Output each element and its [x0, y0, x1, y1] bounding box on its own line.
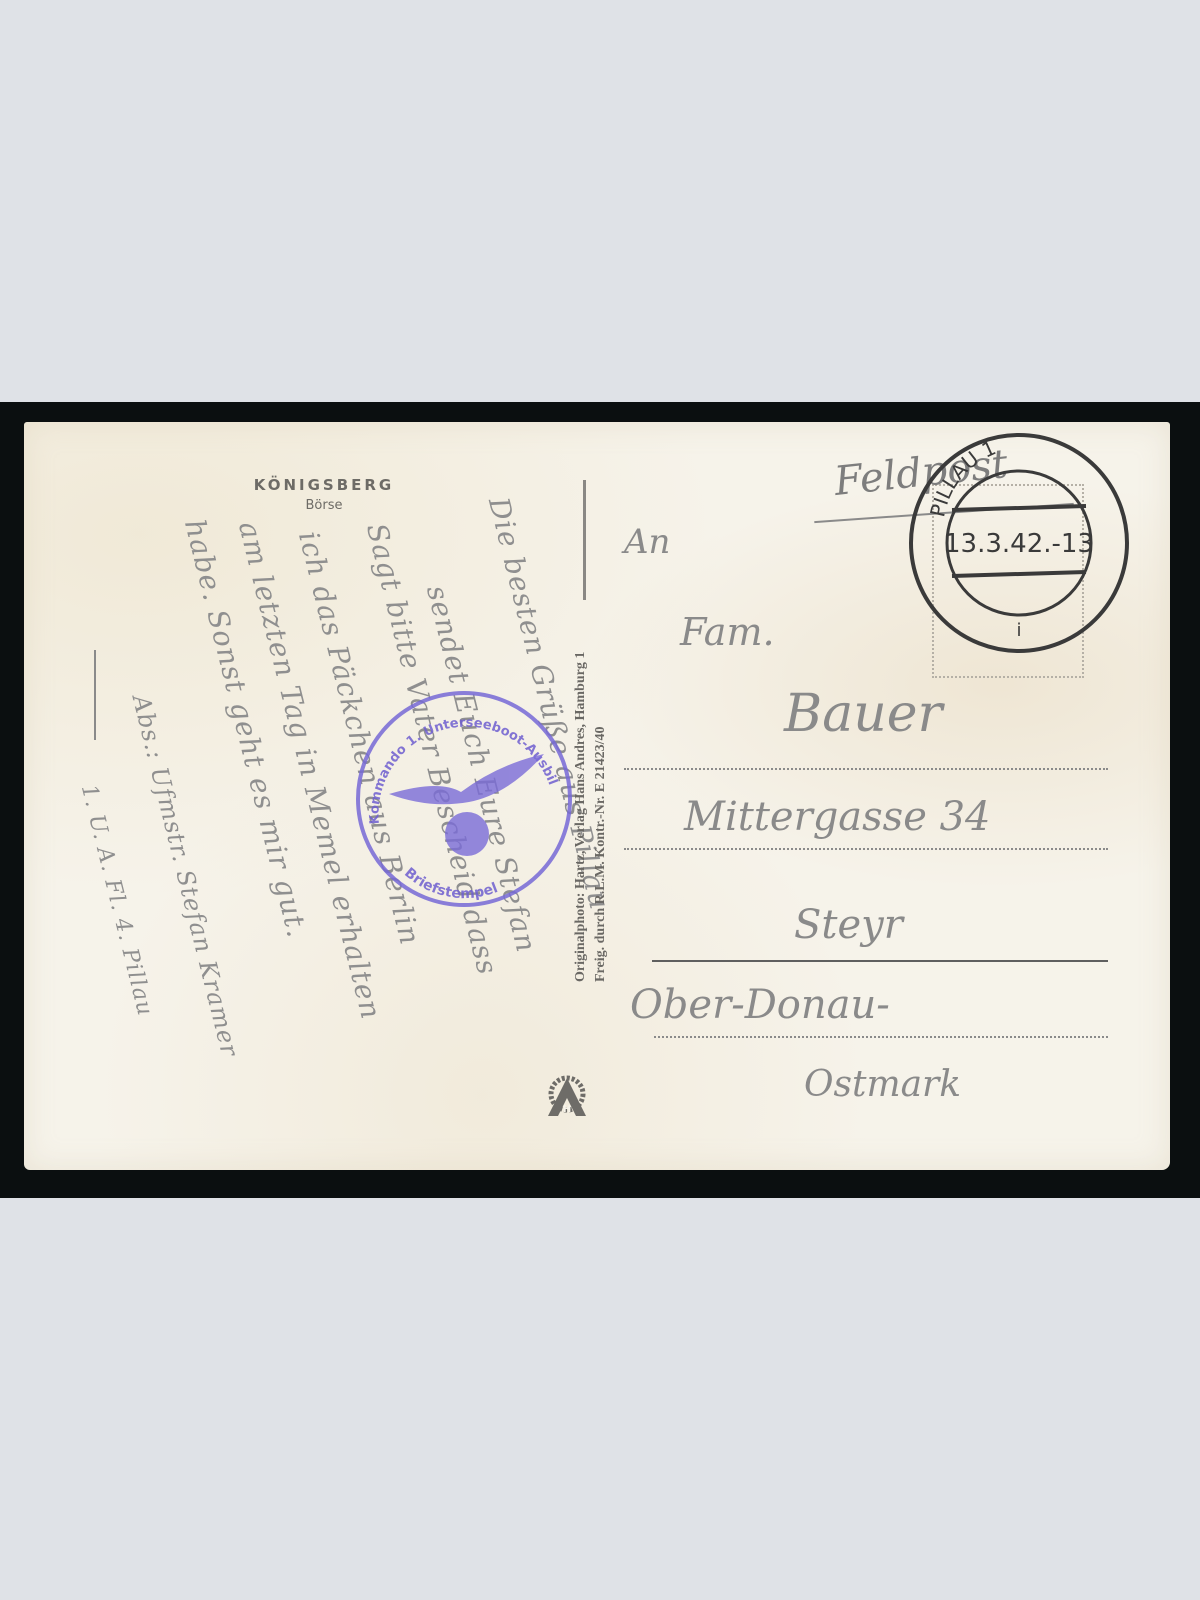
address-solid-line: [652, 960, 1108, 962]
imprint-line-1: Originalphoto: Hartz, Verlag Hans Andres…: [571, 652, 591, 982]
postmark-bottom: i: [1016, 620, 1021, 641]
publisher-imprint: Originalphoto: Hartz, Verlag Hans Andres…: [571, 652, 611, 982]
svg-text:H: H: [563, 1104, 571, 1115]
printed-subject: Börse: [224, 498, 424, 513]
postmark-date: 13.3.42.-13: [944, 529, 1094, 559]
divider-line: [583, 480, 586, 600]
postmark: PILLAU 1 13.3.42.-13 i: [904, 428, 1134, 658]
imprint-line-2: Freig. durch R.L.M. Kontr.-Nr. E 21423/4…: [591, 652, 611, 982]
publisher-logo-icon: H: [542, 1072, 592, 1122]
address-dotted-line: [624, 768, 1108, 770]
unit-stamp: Kommando 1. Unterseeboot-Ausbildungs Bri…: [349, 684, 579, 914]
address-line: Fam.: [680, 610, 775, 654]
unit-stamp-bottom-text: Briefstempel: [401, 865, 500, 902]
eagle-emblem-icon: [389, 754, 544, 856]
address-line: Steyr: [794, 902, 903, 948]
message-line: 1. U. A. Fl. 4. Pillau: [76, 782, 158, 1019]
postcard-photo: KÖNIGSBERG Börse Die besten Grüße aus Pi…: [0, 402, 1200, 1198]
address-line: Ostmark: [804, 1064, 961, 1105]
address-line: Bauer: [784, 684, 942, 744]
postcard-back: KÖNIGSBERG Börse Die besten Grüße aus Pi…: [24, 422, 1170, 1170]
address-line: An: [624, 522, 670, 562]
address-line: Ober-Donau-: [630, 982, 890, 1028]
svg-text:Briefstempel: Briefstempel: [401, 865, 500, 902]
underline-mark: [94, 650, 96, 740]
address-dotted-line: [654, 1036, 1108, 1038]
address-line: Mittergasse 34: [684, 794, 990, 840]
printed-city: KÖNIGSBERG: [224, 476, 424, 494]
address-dotted-line: [624, 848, 1108, 850]
